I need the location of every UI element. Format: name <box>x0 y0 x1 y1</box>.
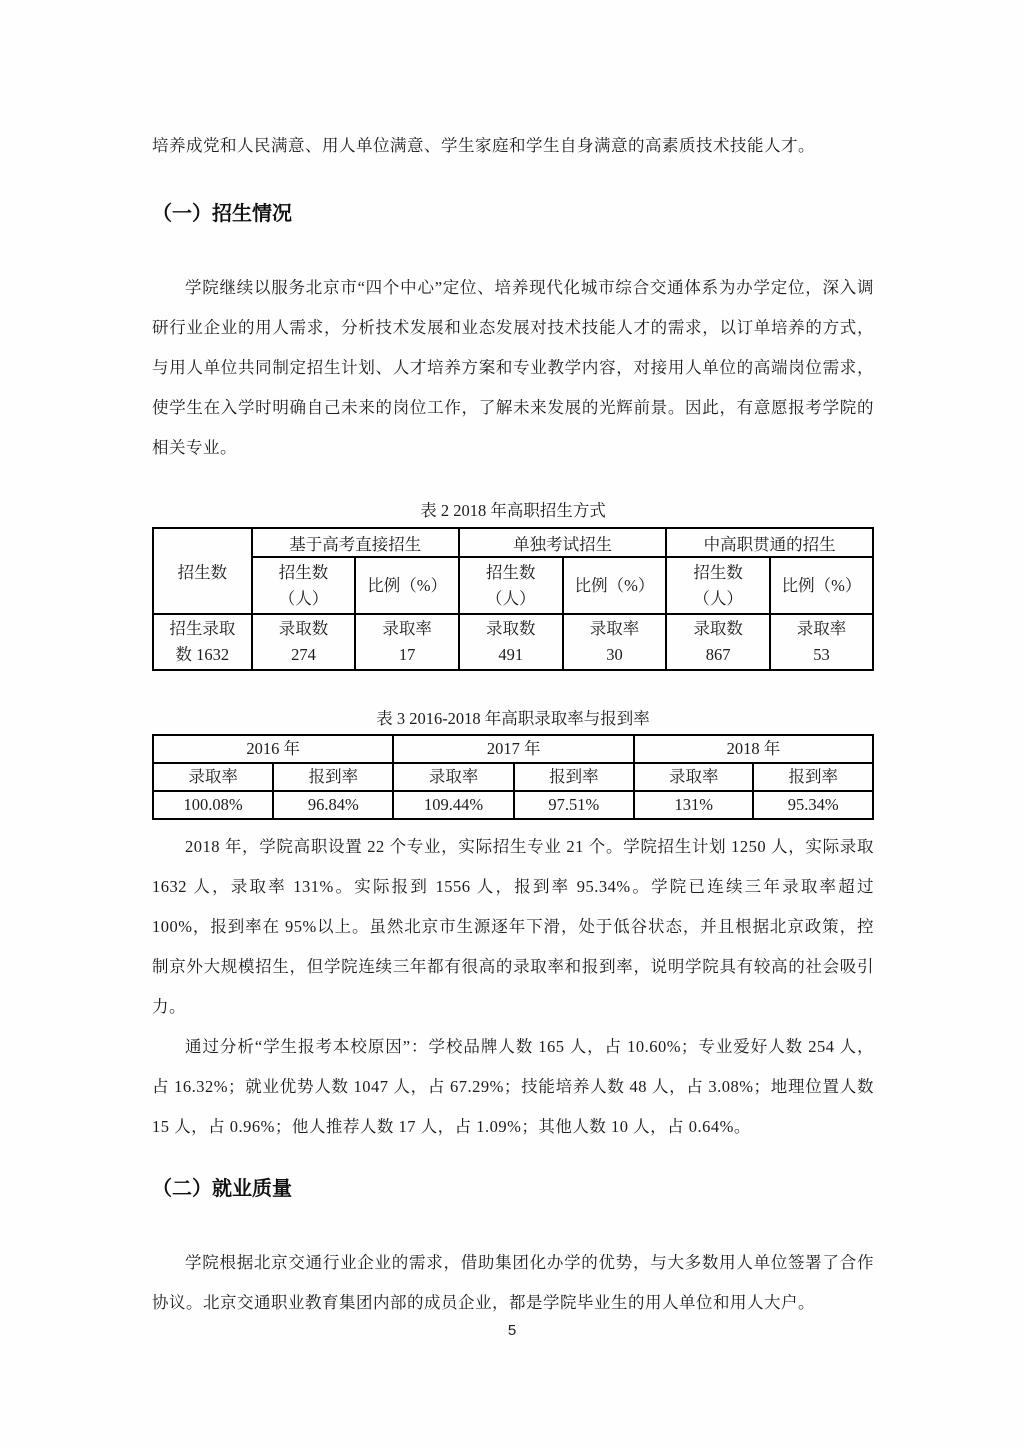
table2-data-cell: 录取数 867 <box>666 614 770 670</box>
cell-line1: 招生录取 <box>156 616 249 642</box>
cell-line2: 274 <box>255 642 353 668</box>
table-enrollment-report-rates: 2016 年 2017 年 2018 年 录取率 报到率 录取率 报到率 录取率… <box>152 734 874 820</box>
subheader-line2: （人） <box>255 586 353 612</box>
table3-year-2018: 2018 年 <box>634 735 873 763</box>
table2-group-through-train: 中高职贯通的招生 <box>666 528 873 557</box>
table2-sub-header-row: 招生数 （人） 比例（%） 招生数 （人） 比例（%） 招生数 （人） 比例（%… <box>153 557 873 614</box>
table2-subheader-cell: 比例（%） <box>770 557 873 614</box>
table2-data-row: 招生录取 数 1632 录取数 274 录取率 17 录取数 491 <box>153 614 873 670</box>
cell-line2: 30 <box>566 642 664 668</box>
table2-data-cell: 录取率 53 <box>770 614 873 670</box>
section-heading-employment: （二）就业质量 <box>152 1175 874 1203</box>
subheader-line2: （人） <box>462 586 560 612</box>
table2-group-header-row: 招生数 基于高考直接招生 单独考试招生 中高职贯通的招生 <box>153 528 873 557</box>
cell-line2: 53 <box>773 642 870 668</box>
table2-data-cell: 录取数 274 <box>252 614 356 670</box>
section-heading-admissions: （一）招生情况 <box>152 200 874 228</box>
table3-subheader-cell: 录取率 <box>634 763 754 791</box>
table2-subheader-cell: 招生数 （人） <box>666 557 770 614</box>
cell-line1: 录取率 <box>358 616 456 642</box>
subheader-line2: （人） <box>669 586 767 612</box>
cell-line2: 491 <box>462 642 560 668</box>
table3-year-2016: 2016 年 <box>153 735 393 763</box>
admissions-paragraph-2: 2018 年，学院高职设置 22 个专业，实际招生专业 21 个。学院招生计划 … <box>152 827 874 1027</box>
table3-value-cell: 109.44% <box>393 791 513 819</box>
table2-data-cell: 录取数 491 <box>459 614 563 670</box>
table2-subheader-cell: 招生数 （人） <box>252 557 356 614</box>
table3-year-2017: 2017 年 <box>393 735 633 763</box>
table-2018-admission-methods: 招生数 基于高考直接招生 单独考试招生 中高职贯通的招生 招生数 （人） 比例（… <box>152 527 874 671</box>
subheader-line1: 招生数 <box>669 560 767 586</box>
table2-group-separate-exam: 单独考试招生 <box>459 528 666 557</box>
employment-paragraph-1: 学院根据北京交通行业企业的需求，借助集团化办学的优势，与大多数用人单位签署了合作… <box>152 1243 874 1323</box>
continuation-paragraph: 培养成党和人民满意、用人单位满意、学生家庭和学生自身满意的高素质技术技能人才。 <box>152 126 874 166</box>
table3-subheader-cell: 报到率 <box>753 763 873 791</box>
page-content: 培养成党和人民满意、用人单位满意、学生家庭和学生自身满意的高素质技术技能人才。 … <box>152 126 874 1323</box>
table2-data-cell: 招生录取 数 1632 <box>153 614 252 670</box>
table2-subheader-cell: 比例（%） <box>563 557 667 614</box>
table3-year-row: 2016 年 2017 年 2018 年 <box>153 735 873 763</box>
table2-subheader-cell: 招生数 （人） <box>459 557 563 614</box>
table2-group-gaokao: 基于高考直接招生 <box>252 528 459 557</box>
table3-values-row: 100.08% 96.84% 109.44% 97.51% 131% 95.34… <box>153 791 873 819</box>
table3-value-cell: 96.84% <box>273 791 393 819</box>
table2-caption: 表 2 2018 年高职招生方式 <box>152 499 874 523</box>
cell-line2: 867 <box>669 642 767 668</box>
table2-corner-cell: 招生数 <box>153 528 252 614</box>
admissions-paragraph-1: 学院继续以服务北京市“四个中心”定位、培养现代化城市综合交通体系为办学定位，深入… <box>152 268 874 468</box>
table2-data-cell: 录取率 17 <box>355 614 459 670</box>
table3-subheader-cell: 报到率 <box>514 763 634 791</box>
cell-line1: 录取率 <box>566 616 664 642</box>
table3-value-cell: 131% <box>634 791 754 819</box>
table2-subheader-cell: 比例（%） <box>355 557 459 614</box>
table3-subheader-cell: 报到率 <box>273 763 393 791</box>
cell-line1: 录取率 <box>773 616 870 642</box>
admissions-paragraph-3: 通过分析“学生报考本校原因”：学校品牌人数 165 人，占 10.60%；专业爱… <box>152 1027 874 1147</box>
table3-sub-header-row: 录取率 报到率 录取率 报到率 录取率 报到率 <box>153 763 873 791</box>
table3-value-cell: 100.08% <box>153 791 273 819</box>
table3-value-cell: 97.51% <box>514 791 634 819</box>
table3-caption: 表 3 2016-2018 年高职录取率与报到率 <box>152 707 874 731</box>
subheader-line1: 招生数 <box>255 560 353 586</box>
table3-subheader-cell: 录取率 <box>393 763 513 791</box>
table3-subheader-cell: 录取率 <box>153 763 273 791</box>
cell-line1: 录取数 <box>462 616 560 642</box>
subheader-line1: 招生数 <box>462 560 560 586</box>
cell-line1: 录取数 <box>255 616 353 642</box>
table3-value-cell: 95.34% <box>753 791 873 819</box>
cell-line2: 数 1632 <box>156 642 249 668</box>
cell-line2: 17 <box>358 642 456 668</box>
cell-line1: 录取数 <box>669 616 767 642</box>
table2-data-cell: 录取率 30 <box>563 614 667 670</box>
document-page: 培养成党和人民满意、用人单位满意、学生家庭和学生自身满意的高素质技术技能人才。 … <box>0 0 1024 1448</box>
page-number: 5 <box>0 1322 1024 1339</box>
